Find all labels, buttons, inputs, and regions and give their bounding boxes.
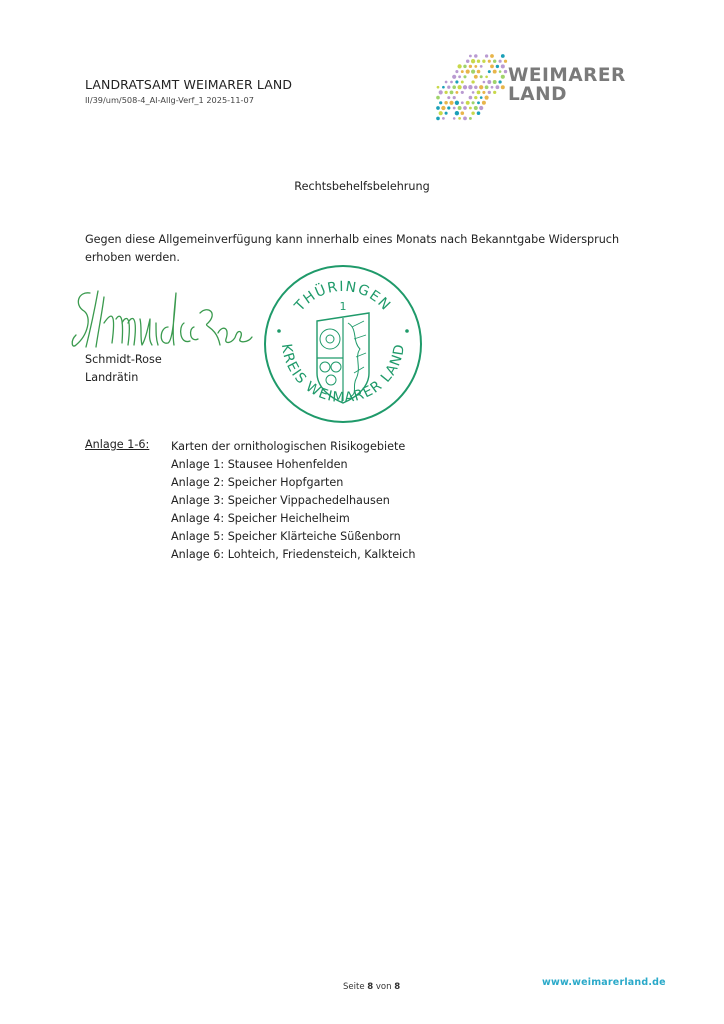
attachment-item: Anlage 3: Speicher Vippachedelhausen [171,492,415,510]
page-number: Seite 8 von 8 [343,982,400,992]
weimarer-land-logo: WEIMARER LAND [432,50,642,128]
attachments-list: Karten der ornithologischen Risikogebiet… [171,438,415,564]
signer-name: Schmidt-Rose [85,351,162,369]
organization-name: LANDRATSAMT WEIMARER LAND [85,77,292,92]
attachments-label: Anlage 1-6: [85,438,149,451]
attachments-description: Karten der ornithologischen Risikogebiet… [171,438,415,456]
attachment-item: Anlage 5: Speicher Klärteiche Süßenborn [171,528,415,546]
handwritten-signature-icon [68,283,258,358]
attachment-item: Anlage 2: Speicher Hopfgarten [171,474,415,492]
attachment-item: Anlage 6: Lohteich, Friedensteich, Kalkt… [171,546,415,564]
official-seal-stamp-icon: THÜRINGEN 1 KREIS WEIMARER LAND [262,263,424,425]
signer-title: Landrätin [85,369,162,387]
attachment-item: Anlage 1: Stausee Hohenfelden [171,456,415,474]
attachment-item: Anlage 4: Speicher Heichelheim [171,510,415,528]
legal-remedy-paragraph: Gegen diese Allgemeinverfügung kann inne… [85,231,655,267]
stamp-number: 1 [340,300,347,313]
document-reference: II/39/um/508-4_AI-Allg-Verf_1 2025-11-07 [85,95,254,105]
logo-wordmark: WEIMARER LAND [508,66,626,104]
signer-block: Schmidt-Rose Landrätin [85,351,162,387]
logo-dot-pattern-icon [432,50,508,128]
website-link[interactable]: www.weimarerland.de [542,977,666,988]
section-heading: Rechtsbehelfsbelehrung [0,180,724,193]
